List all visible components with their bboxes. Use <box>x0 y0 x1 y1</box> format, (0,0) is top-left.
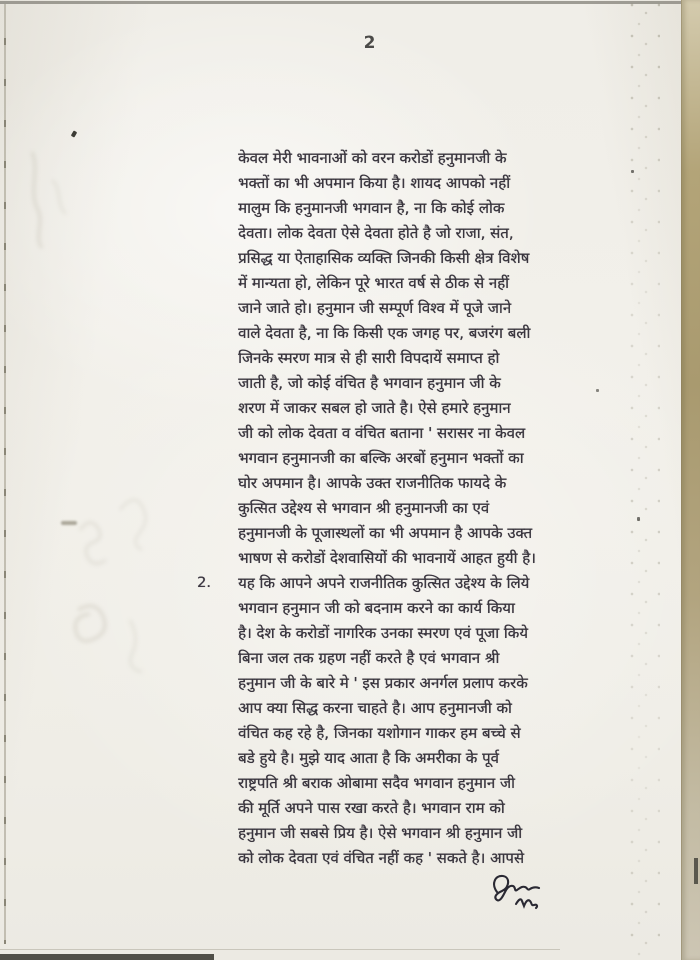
text-line: हनुमानजी के पूजास्थलों का भी अपमान है आप… <box>238 521 554 546</box>
ink-speck <box>631 170 634 173</box>
text-line: शरण में जाकर सबल हो जाते है। ऐसे हमारे ह… <box>238 396 554 421</box>
ink-speck <box>596 389 599 392</box>
letter-body: केवल मेरी भावनाओं को वरन करोडों हनुमानजी… <box>238 146 554 871</box>
list-item-number: 2. <box>197 571 211 596</box>
scanned-letter-page: { "document": { "kind": "scanned typewri… <box>0 0 700 960</box>
text-line: भाषण से करोडों देशवासियों की भावनायें आह… <box>238 546 554 571</box>
text-line: हनुमान जी के बारे मे ' इस प्रकार अनर्गल … <box>238 671 554 696</box>
text-line: जी को लोक देवता व वंचित बताना ' सरासर ना… <box>238 421 554 446</box>
text-line: बिना जल तक ग्रहण नहीं करते है एवं भगवान … <box>238 646 554 671</box>
text-line: घोर अपमान है। आपके उक्त राजनीतिक फायदे क… <box>238 471 554 496</box>
text-line: वंचित कह रहे है, जिनका यशोगान गाकर हम बच… <box>238 721 554 746</box>
text-line: आप क्या सिद्ध करना चाहते है। आप हनुमानजी… <box>238 696 554 721</box>
text-line: में मान्यता हो, लेकिन पूरे भारत वर्ष से … <box>238 271 554 296</box>
text-line: मालुम कि हनुमानजी भगवान है, ना कि कोई लो… <box>238 196 554 221</box>
text-line: वाले देवता है, ना कि किसी एक जगह पर, बजर… <box>238 321 554 346</box>
text-line: जाने जाते हो। हनुमान जी सम्पूर्ण विश्व म… <box>238 296 554 321</box>
text-line: की मूर्ति अपने पास रखा करते है। भगवान रा… <box>238 796 554 821</box>
text-line: भगवान हनुमानजी का बल्कि अरबों हनुमान भक्… <box>238 446 554 471</box>
text-line: बडे हुये है। मुझे याद आता है कि अमरीका क… <box>238 746 554 771</box>
text-line: भक्तों का भी अपमान किया है। शायद आपको नह… <box>238 171 554 196</box>
scan-edge-bottom-bar <box>0 954 214 960</box>
text-line: देवता। लोक देवता ऐसे देवता होते है जो रा… <box>238 221 554 246</box>
text-line: जाती है, जो कोई वंचित है भगवान हनुमान जी… <box>238 371 554 396</box>
paragraph: 2.यह कि आपने अपने राजनीतिक कुत्सित उद्दे… <box>238 571 554 871</box>
scan-edge-left-binding <box>4 4 6 944</box>
ink-speck <box>637 517 640 521</box>
scan-edge-right-mark <box>694 858 698 884</box>
text-line: कुत्सित उद्देश्य से भगवान श्री हनुमानजी … <box>238 496 554 521</box>
text-line: को लोक देवता एवं वंचित नहीं कह ' सकते है… <box>238 846 554 871</box>
scan-edge-right-board <box>681 0 700 960</box>
scan-edge-top <box>0 1 700 4</box>
signature-initials <box>483 870 573 926</box>
text-line: राष्ट्रपति श्री बराक ओबामा सदैव भगवान हन… <box>238 771 554 796</box>
scan-edge-bottom-line <box>0 949 560 950</box>
paragraph: केवल मेरी भावनाओं को वरन करोडों हनुमानजी… <box>238 146 554 571</box>
page-number: 2 <box>330 33 410 53</box>
text-line: यह कि आपने अपने राजनीतिक कुत्सित उद्देश्… <box>238 571 554 596</box>
text-line: भगवान हनुमान जी को बदनाम करने का कार्य क… <box>238 596 554 621</box>
text-line: प्रसिद्ध या ऐताहासिक व्यक्ति जिनकी किसी … <box>238 246 554 271</box>
paper-crease-speckles <box>626 0 660 960</box>
text-line: केवल मेरी भावनाओं को वरन करोडों हनुमानजी… <box>238 146 554 171</box>
text-line: हनुमान जी सबसे प्रिय है। ऐसे भगवान श्री … <box>238 821 554 846</box>
text-line: जिनके स्मरण मात्र से ही सारी विपदायें सम… <box>238 346 554 371</box>
text-line: है। देश के करोडों नागरिक उनका स्मरण एवं … <box>238 621 554 646</box>
